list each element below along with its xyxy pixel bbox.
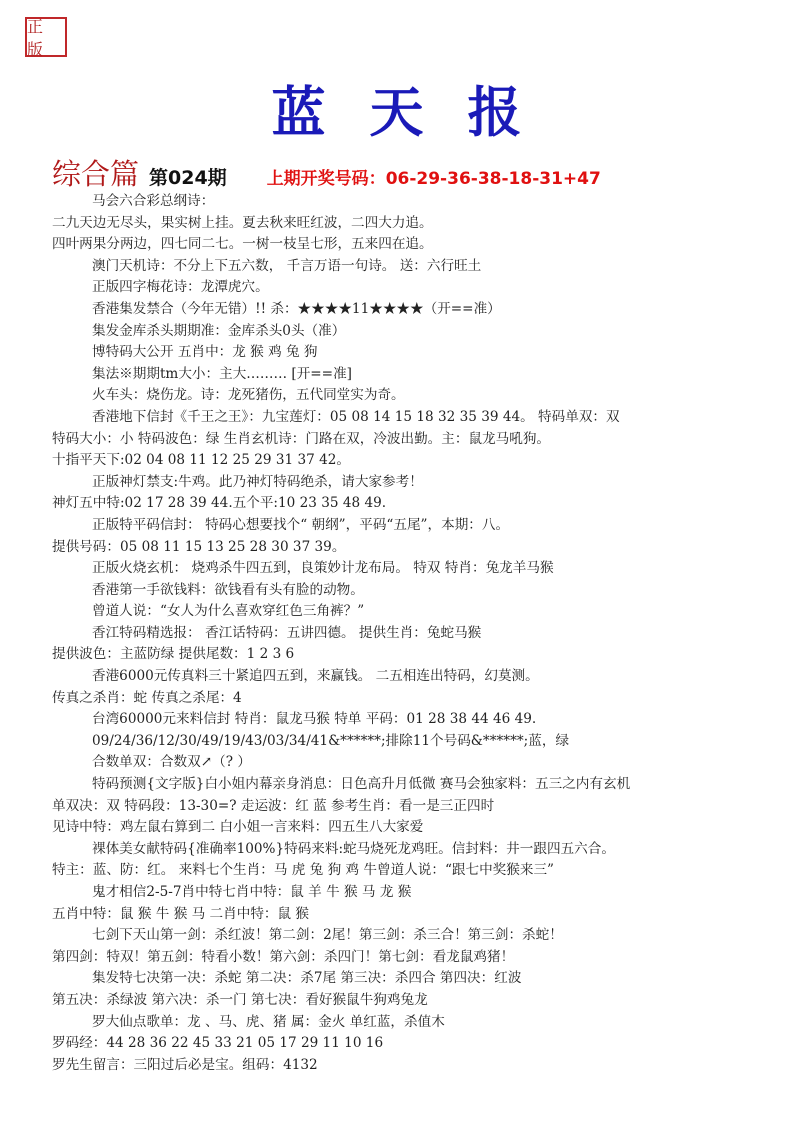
text-line: 正版神灯禁支:牛鸡。此乃神灯特码绝杀，请大家参考！ <box>52 472 792 494</box>
issue-number: 第024期 <box>149 163 227 190</box>
text-line: 集发特七决第一决：杀蛇 第二决：杀7尾 第三决：杀四合 第四决：红波 <box>52 968 792 990</box>
text-line: 十指平天下:02 04 08 11 12 25 29 31 37 42。 <box>52 450 792 472</box>
text-line: 罗码经：44 28 36 22 45 33 21 05 17 29 11 10 … <box>52 1033 792 1055</box>
text-line: 集发金库杀头期期准：金库杀头0头（准） <box>52 321 792 343</box>
text-line: 神灯五中特:02 17 28 39 44.五个平:10 23 35 48 49. <box>52 493 792 515</box>
text-line: 二九天边无尽头，果实树上挂。夏去秋来旺红波，二四大力追。 <box>52 213 792 235</box>
text-line: 特码大小：小 特码波色：绿 生肖玄机诗：门路在双，冷波出勤。主：鼠龙马吼狗。 <box>52 429 792 451</box>
text-line: 博特码大公开 五肖中：龙 猴 鸡 兔 狗 <box>52 342 792 364</box>
text-line: 香港集发禁合（今年无错）!! 杀：★★★★11★★★★（开==准） <box>52 299 792 321</box>
authentic-edition-badge: 正 版 <box>25 17 67 57</box>
text-line: 罗先生留言：三阳过后必是宝。组码：4132 <box>52 1055 792 1077</box>
text-line: 集法※期期tm大小：主大……… [开==准] <box>52 364 792 386</box>
text-line: 曾道人说：“女人为什么喜欢穿红色三角裤？” <box>52 601 792 623</box>
text-line: 正版特平码信封： 特码心想要找个“ 朝纲”，平码“五尾”，本期：八。 <box>52 515 792 537</box>
text-line: 七剑下天山第一剑：杀红波！第二剑：2尾！第三剑：杀三合！第三剑：杀蛇！ <box>52 925 792 947</box>
text-line: 特主：蓝、防：红。 来料七个生肖：马 虎 兔 狗 鸡 牛曾道人说：“跟七中奖猴来… <box>52 860 792 882</box>
text-line: 裸体美女献特码{准确率100%}特码来料:蛇马烧死龙鸡旺。信封料：井一跟四五六合… <box>52 839 792 861</box>
text-line: 正版四字梅花诗：龙潭虎穴。 <box>52 277 792 299</box>
last-draw-numbers: 06-29-36-38-18-31+47 <box>386 169 601 189</box>
text-line: 马会六合彩总纲诗： <box>52 191 792 213</box>
text-line: 传真之杀肖：蛇 传真之杀尾：4 <box>52 688 792 710</box>
text-line: 澳门天机诗：不分上下五六数， 千言万语一句诗。 送：六行旺土 <box>52 256 792 278</box>
text-line: 四叶两果分两边，四七同二七。一树一枝呈七形，五来四在追。 <box>52 234 792 256</box>
text-line: 台湾60000元来料信封 特肖：鼠龙马猴 特单 平码：01 28 38 44 4… <box>52 709 792 731</box>
text-line: 正版火烧玄机： 烧鸡杀牛四五到，良策妙计龙布局。 特双 特肖：兔龙羊马猴 <box>52 558 792 580</box>
issue-header: 综合篇 第024期 上期开奖号码： 06-29-36-38-18-31+47 <box>52 152 601 188</box>
text-line: 第五决：杀绿波 第六决：杀一门 第七决：看好猴鼠牛狗鸡兔龙 <box>52 990 792 1012</box>
text-line: 罗大仙点歌单：龙 、马、虎、猪 属：金火 单红蓝，杀值木 <box>52 1012 792 1034</box>
article-body: 马会六合彩总纲诗： 二九天边无尽头，果实树上挂。夏去秋来旺红波，二四大力追。 四… <box>52 191 792 1076</box>
last-draw-label: 上期开奖号码： <box>267 164 386 189</box>
text-line: 合数单双：合数双↗（? ） <box>52 752 792 774</box>
text-line: 09/24/36/12/30/49/19/43/03/34/41&******;… <box>52 731 792 753</box>
text-line: 香港6000元传真料三十紧追四五到，来赢钱。 二五相连出特码，幻莫测。 <box>52 666 792 688</box>
text-line: 见诗中特：鸡左鼠右算到二 白小姐一言来料：四五生八大家爱 <box>52 817 792 839</box>
text-line: 提供号码：05 08 11 15 13 25 28 30 37 39。 <box>52 537 792 559</box>
text-line: 五肖中特：鼠 猴 牛 猴 马 二肖中特：鼠 猴 <box>52 904 792 926</box>
text-line: 单双决：双 特码段：13-30=? 走运波：红 蓝 参考生肖：看一是三正四时 <box>52 796 792 818</box>
page-title: 蓝天报 <box>0 70 793 147</box>
text-line: 香江特码精选报： 香江话特码：五讲四德。 提供生肖：兔蛇马猴 <box>52 623 792 645</box>
text-line: 火车头：烧伤龙。诗：龙死猪伤，五代同堂实为奇。 <box>52 385 792 407</box>
text-line: 提供波色：主蓝防绿 提供尾数：1 2 3 6 <box>52 644 792 666</box>
text-line: 第四剑：特双！第五剑：特看小数！第六剑：杀四门！第七剑：看龙鼠鸡猪！ <box>52 947 792 969</box>
text-line: 鬼才相信2-5-7肖中特七肖中特：鼠 羊 牛 猴 马 龙 猴 <box>52 882 792 904</box>
text-line: 香港地下信封《千王之王》：九宝莲灯：05 08 14 15 18 32 35 3… <box>52 407 792 429</box>
text-line: 特码预测{文字版}白小姐内幕亲身消息：日色高升月低微 赛马会独家料：五三之内有玄… <box>52 774 792 796</box>
section-name: 综合篇 <box>52 152 139 193</box>
text-line: 香港第一手欲钱料：欲钱看有头有脸的动物。 <box>52 580 792 602</box>
